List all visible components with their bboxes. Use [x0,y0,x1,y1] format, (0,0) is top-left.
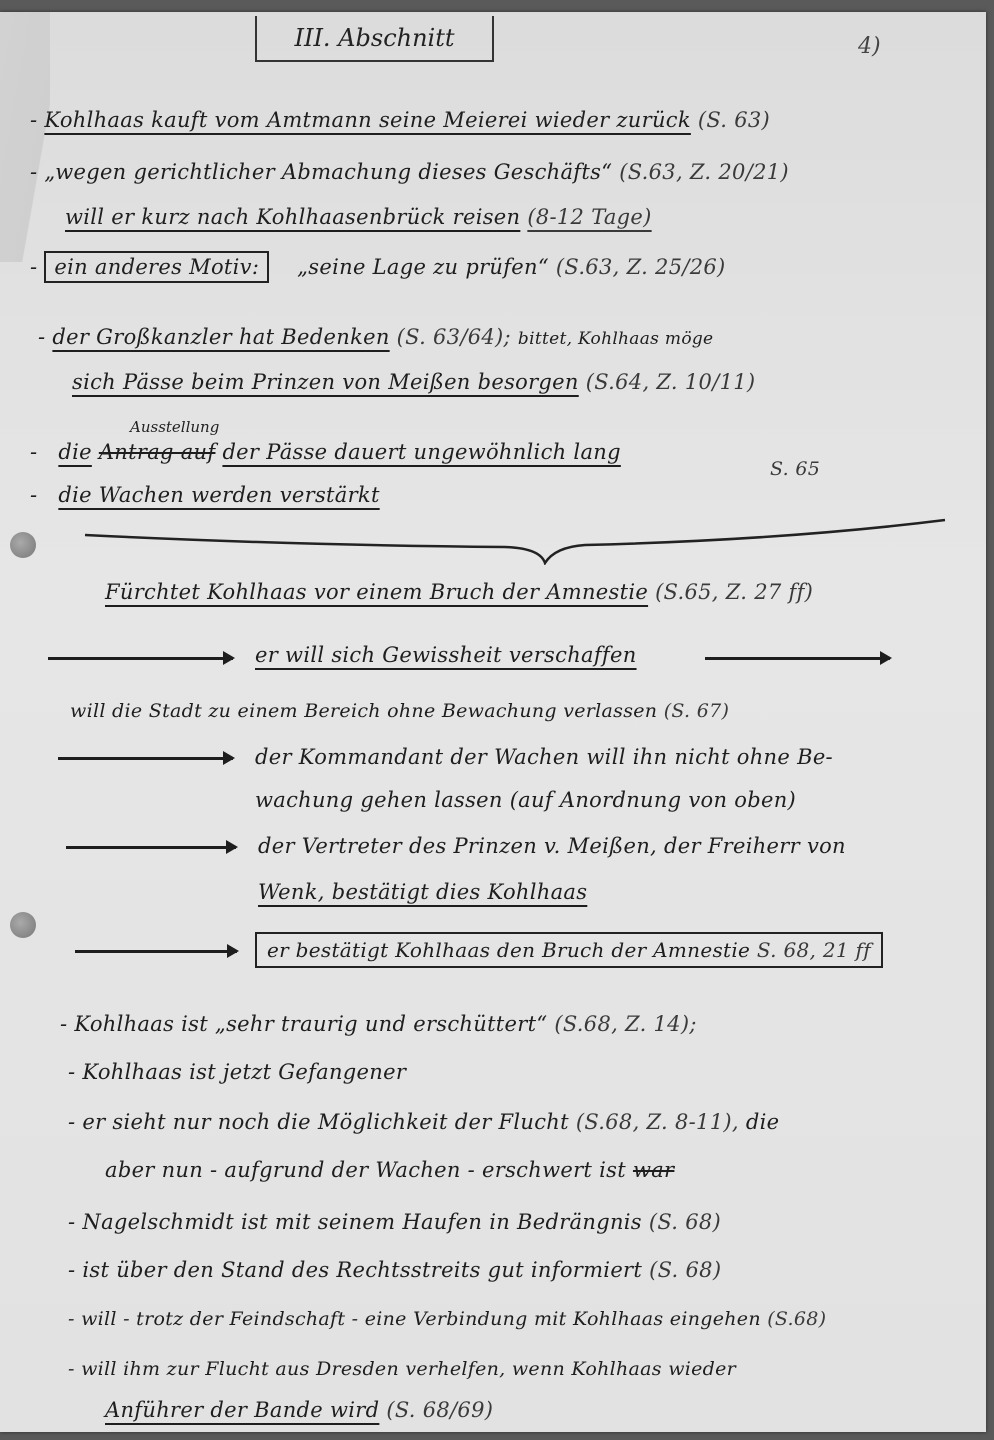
page-reference: (S.68) [767,1308,826,1330]
boxed-label: ein anderes Motiv: [44,251,269,283]
bullet-dash: - [30,440,37,464]
section-title: III. Abschnitt [255,16,494,62]
note-line: - die Wachen werden verstärkt [30,483,380,507]
struck-text: Antrag auf [99,440,216,464]
note-text: er bestätigt Kohlhaas den Bruch der Amne… [267,938,750,962]
note-text: der Vertreter des Prinzen v. Meißen, der… [258,834,846,858]
note-line: Wenk, bestätigt dies Kohlhaas [258,880,587,904]
bullet-dash: - [30,483,37,507]
note-text: will ihm zur Flucht aus Dresden verhelfe… [81,1358,736,1380]
note-line: er will sich Gewissheit verschaffen [255,643,637,667]
arrow-right-icon [705,657,890,660]
note-line: - Kohlhaas ist „sehr traurig und erschüt… [60,1012,697,1036]
note-line: - der Großkanzler hat Bedenken (S. 63/64… [38,325,713,349]
note-text: will er kurz nach Kohlhaasenbrück reisen [65,205,520,229]
note-text: „seine Lage zu prüfen“ [297,255,549,279]
bullet-dash: - [68,1358,75,1380]
page-reference: (S. 63/64); [397,325,511,349]
bullet-dash: - [30,160,37,184]
page-reference: (S.64, Z. 10/11) [586,370,756,394]
arrow-right-icon [58,757,233,760]
bullet-dash: - [68,1308,75,1330]
note-line: wachung gehen lassen (auf Anordnung von … [255,788,796,812]
note-line: - „wegen gerichtlicher Abmachung dieses … [30,160,789,184]
punch-hole-icon [10,912,36,938]
note-line: will die Stadt zu einem Bereich ohne Bew… [70,700,729,722]
note-line: aber nun - aufgrund der Wachen - erschwe… [105,1158,674,1182]
note-line: sich Pässe beim Prinzen von Meißen besor… [72,370,755,394]
note-line: - will ihm zur Flucht aus Dresden verhel… [68,1358,736,1380]
note-line: - Nagelschmidt ist mit seinem Haufen in … [68,1210,721,1234]
note-text: aber nun - aufgrund der Wachen - erschwe… [105,1158,626,1182]
note-text: wachung gehen lassen (auf Anordnung von … [255,788,796,812]
note-text: Anführer der Bande wird [105,1398,379,1422]
page-reference: (S. 68) [649,1258,721,1282]
note-line: - Kohlhaas ist jetzt Gefangener [68,1060,406,1084]
struck-text: war [633,1158,674,1182]
note-text: will - trotz der Feindschaft - eine Verb… [81,1308,761,1330]
note-text: Kohlhaas kauft vom Amtmann seine Meierei… [44,108,690,132]
note-line: - er sieht nur noch die Möglichkeit der … [68,1110,779,1134]
curly-brace-icon [85,515,955,565]
page-reference: (S. 67) [664,700,730,722]
page-reference: S. 65 [770,458,820,480]
note-text: will die Stadt zu einem Bereich ohne Bew… [70,700,657,722]
page-reference: (S.65, Z. 27 ff) [655,580,813,604]
note-text: der Pässe dauert ungewöhnlich lang [222,440,620,464]
page-fold-shadow [0,12,50,262]
bullet-dash: - [30,255,37,279]
boxed-conclusion: er bestätigt Kohlhaas den Bruch der Amne… [255,932,883,968]
note-text-tail: bittet, Kohlhaas möge [518,329,714,349]
bullet-dash: - [30,108,37,132]
note-line: - will - trotz der Feindschaft - eine Ve… [68,1308,826,1330]
bullet-dash: - [60,1012,67,1036]
bullet-dash: - [68,1210,75,1234]
arrow-right-icon [48,657,233,660]
note-line: der Kommandant der Wachen will ihn nicht… [255,745,833,769]
punch-hole-icon [10,532,36,558]
inserted-word: Ausstellung [130,418,219,436]
note-line: der Vertreter des Prinzen v. Meißen, der… [258,834,846,858]
page-reference: (8-12 Tage) [527,205,651,229]
note-text: Fürchtet Kohlhaas vor einem Bruch der Am… [105,580,648,604]
page-reference: (S. 63) [698,108,770,132]
note-text-prefix: die [58,440,92,464]
note-text: Nagelschmidt ist mit seinem Haufen in Be… [82,1210,641,1234]
note-line: Fürchtet Kohlhaas vor einem Bruch der Am… [105,580,813,604]
note-line: Anführer der Bande wird (S. 68/69) [105,1398,493,1422]
page-reference: (S.63, Z. 20/21) [619,160,789,184]
note-line: - ist über den Stand des Rechtsstreits g… [68,1258,721,1282]
bullet-dash: - [38,325,45,349]
arrow-right-icon [66,846,236,849]
note-text: „wegen gerichtlicher Abmachung dieses Ge… [44,160,612,184]
note-text: er will sich Gewissheit verschaffen [255,643,637,667]
bullet-dash: - [68,1060,75,1084]
note-text: sich Pässe beim Prinzen von Meißen besor… [72,370,579,394]
bullet-dash: - [68,1110,75,1134]
note-line: will er kurz nach Kohlhaasenbrück reisen… [65,205,652,229]
note-text: Kohlhaas ist jetzt Gefangener [82,1060,406,1084]
page-reference: (S.63, Z. 25/26) [556,255,726,279]
note-line: - Kohlhaas kauft vom Amtmann seine Meier… [30,108,770,132]
page-reference: (S. 68) [649,1210,721,1234]
note-text: Wenk, bestätigt dies Kohlhaas [258,880,587,904]
arrow-right-icon [75,950,237,953]
note-line: - die Antrag auf der Pässe dauert ungewö… [30,440,621,464]
note-line: - ein anderes Motiv: „seine Lage zu prüf… [30,255,726,279]
note-text: der Kommandant der Wachen will ihn nicht… [255,745,833,769]
page-reference: (S.68, Z. 8-11), [576,1110,739,1134]
note-text: die Wachen werden verstärkt [58,483,379,507]
note-text: er sieht nur noch die Möglichkeit der Fl… [82,1110,568,1134]
note-text: Kohlhaas ist „sehr traurig und erschütte… [74,1012,547,1036]
note-text: ist über den Stand des Rechtsstreits gut… [82,1258,642,1282]
page-reference: (S. 68/69) [386,1398,493,1422]
note-text: der Großkanzler hat Bedenken [52,325,389,349]
page-reference: S. 68, 21 ff [757,938,871,962]
note-text-tail: die [746,1110,780,1134]
page-reference: (S.68, Z. 14); [554,1012,696,1036]
page-number: 4) [858,34,881,59]
bullet-dash: - [68,1258,75,1282]
